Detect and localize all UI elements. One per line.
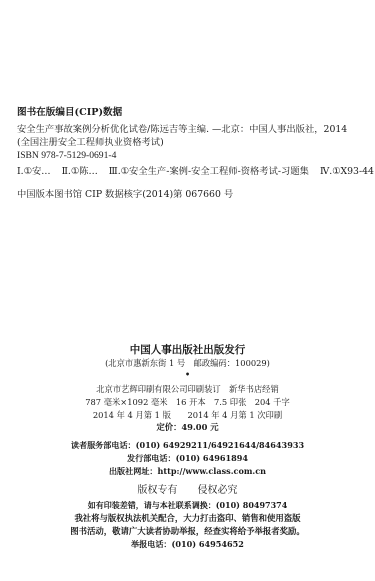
printer-line: 北京市艺辉印刷有限公司印刷装订 新华书店经销	[0, 385, 375, 393]
cip-isbn: ISBN 978-7-5129-0691-4	[17, 151, 116, 161]
piracy-warning-1: 我社将与版权执法机关配合，大力打击盗印、销售和使用盗版	[0, 514, 375, 522]
cip-classification: Ⅰ.①安…Ⅱ.①陈…Ⅲ.①安全生产-案例-安全工程师-资格考试-习题集Ⅳ.①X9…	[17, 167, 375, 176]
classification-4: Ⅳ.①X93-44	[320, 166, 374, 177]
report-hotline: 举报电话：(010) 64954652	[0, 540, 375, 548]
classification-1: Ⅰ.①安…	[17, 166, 51, 177]
publisher-address: (北京市惠新东街 1 号 邮政编码：100029)	[0, 359, 375, 367]
distribution-phone: 发行部电话：(010) 64961894	[0, 454, 375, 462]
classification-3: Ⅲ.①安全生产-案例-安全工程师-资格考试-习题集	[109, 166, 309, 177]
cip-record: 中国版本图书馆 CIP 数据核字(2014)第 067660 号	[17, 190, 233, 199]
cip-series: (全国注册安全工程师执业资格考试)	[17, 138, 164, 147]
publisher-name: 中国人事出版社出版发行	[0, 345, 375, 356]
misprint-notice: 如有印装差错，请与本社联系调换：(010) 80497374	[0, 501, 375, 509]
edition-line: 2014 年 4 月第 1 版 2014 年 4 月第 1 次印刷	[0, 411, 375, 419]
copyright-notice: 版权专有 侵权必究	[0, 486, 375, 496]
publisher-website: 出版社网址：http://www.class.com.cn	[0, 467, 375, 475]
piracy-warning-2: 图书活动，敬请广大读者协助举报，经查实将给予举报者奖励。	[0, 527, 375, 535]
reader-service-phone: 读者服务部电话：(010) 64929211/64921644/84643933	[0, 441, 375, 449]
price-line: 定价：49.00 元	[0, 423, 375, 431]
cip-title-line: 安全生产事故案例分析优化试卷/陈远吉等主编. —北京：中国人事出版社，2014	[17, 125, 347, 134]
separator-dot: •	[0, 370, 375, 378]
cip-heading: 图书在版编目(CIP)数据	[17, 108, 122, 118]
specs-line: 787 毫米×1092 毫米 16 开本 7.5 印张 204 千字	[0, 398, 375, 406]
classification-2: Ⅱ.①陈…	[62, 166, 98, 177]
